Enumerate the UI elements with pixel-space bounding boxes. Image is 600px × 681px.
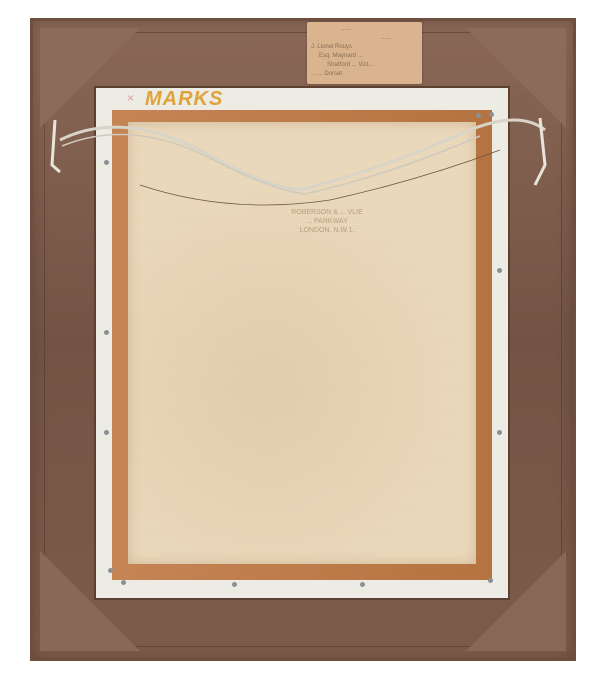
- hanging-wire: [0, 0, 600, 681]
